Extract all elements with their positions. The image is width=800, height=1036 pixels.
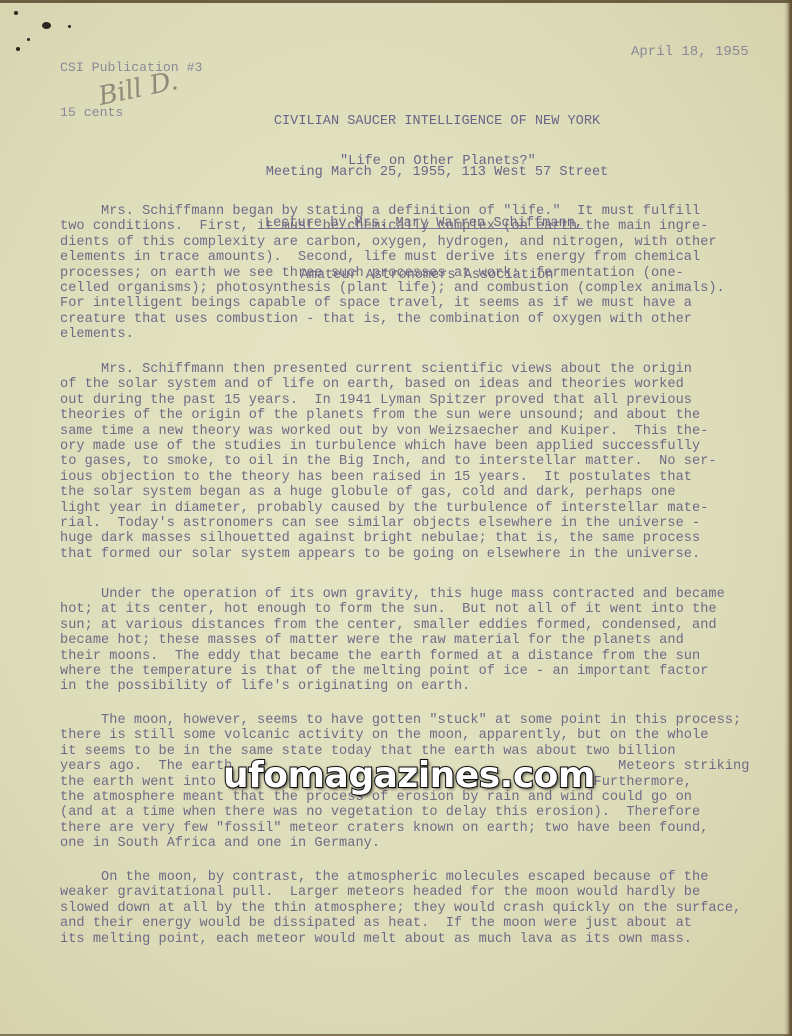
- text-line: celled organisms); photosynthesis (plant…: [60, 281, 740, 296]
- text-line: sun; at various distances from the cente…: [60, 618, 740, 633]
- text-line: same time a new theory was worked out by…: [60, 424, 740, 439]
- text-line: there are very few "fossil" meteor crate…: [60, 821, 740, 836]
- paragraph-3: Under the operation of its own gravity, …: [60, 587, 740, 695]
- text-line: processes; on earth we see three such pr…: [60, 266, 740, 281]
- text-line: ory made use of the studies in turbulenc…: [60, 439, 740, 454]
- text-line: and their energy would be dissipated as …: [60, 916, 740, 931]
- text-line: For intelligent beings capable of space …: [60, 296, 740, 311]
- punch-hole-mark: [27, 38, 30, 41]
- punch-hole-mark: [14, 11, 18, 15]
- text-line: huge dark masses silhouetted against bri…: [60, 531, 740, 546]
- paragraph-5: On the moon, by contrast, the atmospheri…: [60, 870, 740, 947]
- text-line: Under the operation of its own gravity, …: [60, 587, 740, 602]
- text-line: weaker gravitational pull. Larger meteor…: [60, 885, 740, 900]
- text-line: one in South Africa and one in Germany.: [60, 836, 740, 851]
- text-line: rial. Today's astronomers can see simila…: [60, 516, 740, 531]
- text-line: elements in trace amounts). Second, life…: [60, 250, 740, 265]
- punch-hole-mark: [16, 47, 20, 51]
- text-line: On the moon, by contrast, the atmospheri…: [60, 870, 740, 885]
- text-line: ious objection to the theory has been ra…: [60, 470, 740, 485]
- paragraph-1: Mrs. Schiffmann began by stating a defin…: [60, 204, 740, 343]
- organization-name: CIVILIAN SAUCER INTELLIGENCE OF NEW YORK: [0, 114, 792, 129]
- watermark: ufomagazines.com: [223, 755, 595, 796]
- text-line: that formed our solar system appears to …: [60, 547, 740, 562]
- text-line: creature that uses combustion - that is,…: [60, 312, 740, 327]
- text-line: in the possibility of life's originating…: [60, 679, 740, 694]
- text-line: theories of the origin of the planets fr…: [60, 408, 740, 423]
- text-line: their moons. The eddy that became the ea…: [60, 649, 740, 664]
- text-line: where the temperature is that of the mel…: [60, 664, 740, 679]
- text-line: two conditions. First, it must be chemic…: [60, 219, 740, 234]
- text-line: (and at a time when there was no vegetat…: [60, 805, 740, 820]
- text-line: elements.: [60, 327, 740, 342]
- text-line: light year in diameter, probably caused …: [60, 501, 740, 516]
- publication-number: CSI Publication #3: [60, 60, 202, 75]
- text-line: hot; at its center, hot enough to form t…: [60, 602, 740, 617]
- punch-hole-mark: [68, 25, 71, 28]
- text-line: Mrs. Schiffmann began by stating a defin…: [60, 204, 740, 219]
- text-line: to gases, to smoke, to oil in the Big In…: [60, 454, 740, 469]
- text-line: became hot; these masses of matter were …: [60, 633, 740, 648]
- document-page: CSI Publication #3 15 cents April 18, 19…: [0, 0, 792, 1036]
- text-line: The moon, however, seems to have gotten …: [60, 713, 740, 728]
- text-line: dients of this complexity are carbon, ox…: [60, 235, 740, 250]
- text-line: out during the past 15 years. In 1941 Ly…: [60, 393, 740, 408]
- text-line: slowed down at all by the thin atmospher…: [60, 901, 740, 916]
- text-line: its melting point, each meteor would mel…: [60, 932, 740, 947]
- text-line: of the solar system and of life on earth…: [60, 377, 740, 392]
- paragraph-2: Mrs. Schiffmann then presented current s…: [60, 362, 740, 562]
- text-line: the solar system began as a huge globule…: [60, 485, 740, 500]
- text-line: Mrs. Schiffmann then presented current s…: [60, 362, 740, 377]
- punch-hole-mark: [42, 22, 51, 29]
- document-title: "Life on Other Planets?": [340, 154, 536, 169]
- text-line: there is still some volcanic activity on…: [60, 728, 740, 743]
- document-date: April 18, 1955: [631, 44, 749, 60]
